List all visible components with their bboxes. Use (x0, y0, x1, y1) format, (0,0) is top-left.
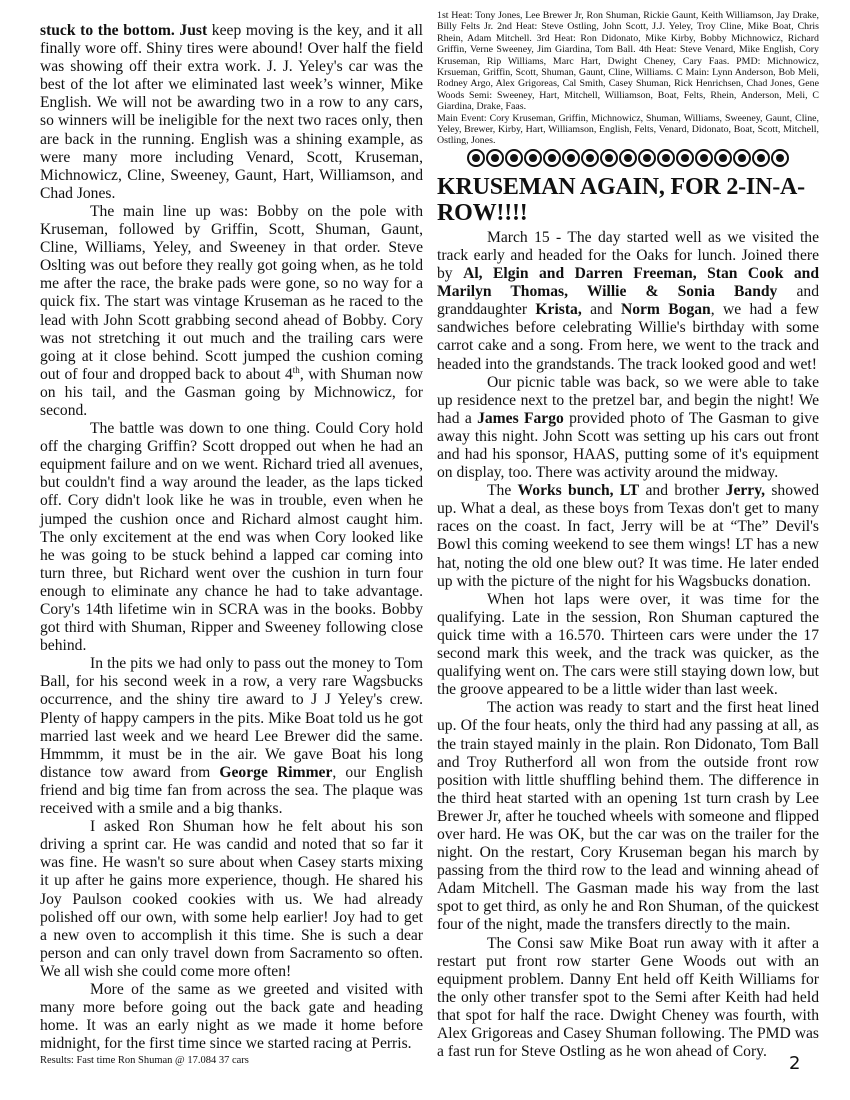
bullseye-icon (600, 149, 618, 167)
bullseye-icon (771, 149, 789, 167)
results-line: Results: Fast time Ron Shuman @ 17.084 3… (40, 1054, 423, 1067)
page-number: 2 (789, 1053, 800, 1074)
bullseye-icon (714, 149, 732, 167)
paragraph: stuck to the bottom. Just keep moving is… (40, 22, 423, 203)
paragraph: March 15 - The day started well as we vi… (437, 229, 819, 374)
bullseye-icon (543, 149, 561, 167)
paragraph: More of the same as we greeted and visit… (40, 981, 423, 1053)
heat-results: 1st Heat: Tony Jones, Lee Brewer Jr, Ron… (437, 10, 819, 113)
bullseye-icon (695, 149, 713, 167)
bullseye-icon (505, 149, 523, 167)
paragraph: The battle was down to one thing. Could … (40, 420, 423, 655)
left-column: stuck to the bottom. Just keep moving is… (40, 22, 423, 1067)
paragraph: The Consi saw Mike Boat run away with it… (437, 935, 819, 1062)
headline: KRUSEMAN AGAIN, FOR 2-IN-A-ROW!!!! (437, 174, 819, 226)
paragraph: I asked Ron Shuman how he felt about his… (40, 818, 423, 981)
paragraph: Our picnic table was back, so we were ab… (437, 374, 819, 483)
bullseye-icon (676, 149, 694, 167)
divider-dots (437, 148, 819, 172)
paragraph: The Works bunch, LT and brother Jerry, s… (437, 482, 819, 591)
bullseye-icon (562, 149, 580, 167)
bullseye-icon (752, 149, 770, 167)
right-column: 1st Heat: Tony Jones, Lee Brewer Jr, Ron… (437, 10, 819, 1061)
bullseye-icon (486, 149, 504, 167)
bullseye-icon (733, 149, 751, 167)
bullseye-icon (619, 149, 637, 167)
bullseye-icon (467, 149, 485, 167)
main-event-results: Main Event: Cory Kruseman, Griffin, Mich… (437, 113, 819, 147)
paragraph: The main line up was: Bobby on the pole … (40, 203, 423, 420)
bold-lead: stuck to the bottom. Just (40, 22, 207, 39)
paragraph: When hot laps were over, it was time for… (437, 591, 819, 700)
bullseye-icon (581, 149, 599, 167)
bullseye-icon (524, 149, 542, 167)
bullseye-icon (638, 149, 656, 167)
bullseye-icon (657, 149, 675, 167)
paragraph: The action was ready to start and the fi… (437, 699, 819, 934)
paragraph: In the pits we had only to pass out the … (40, 655, 423, 818)
name-george-rimmer: George Rimmer (219, 764, 332, 781)
